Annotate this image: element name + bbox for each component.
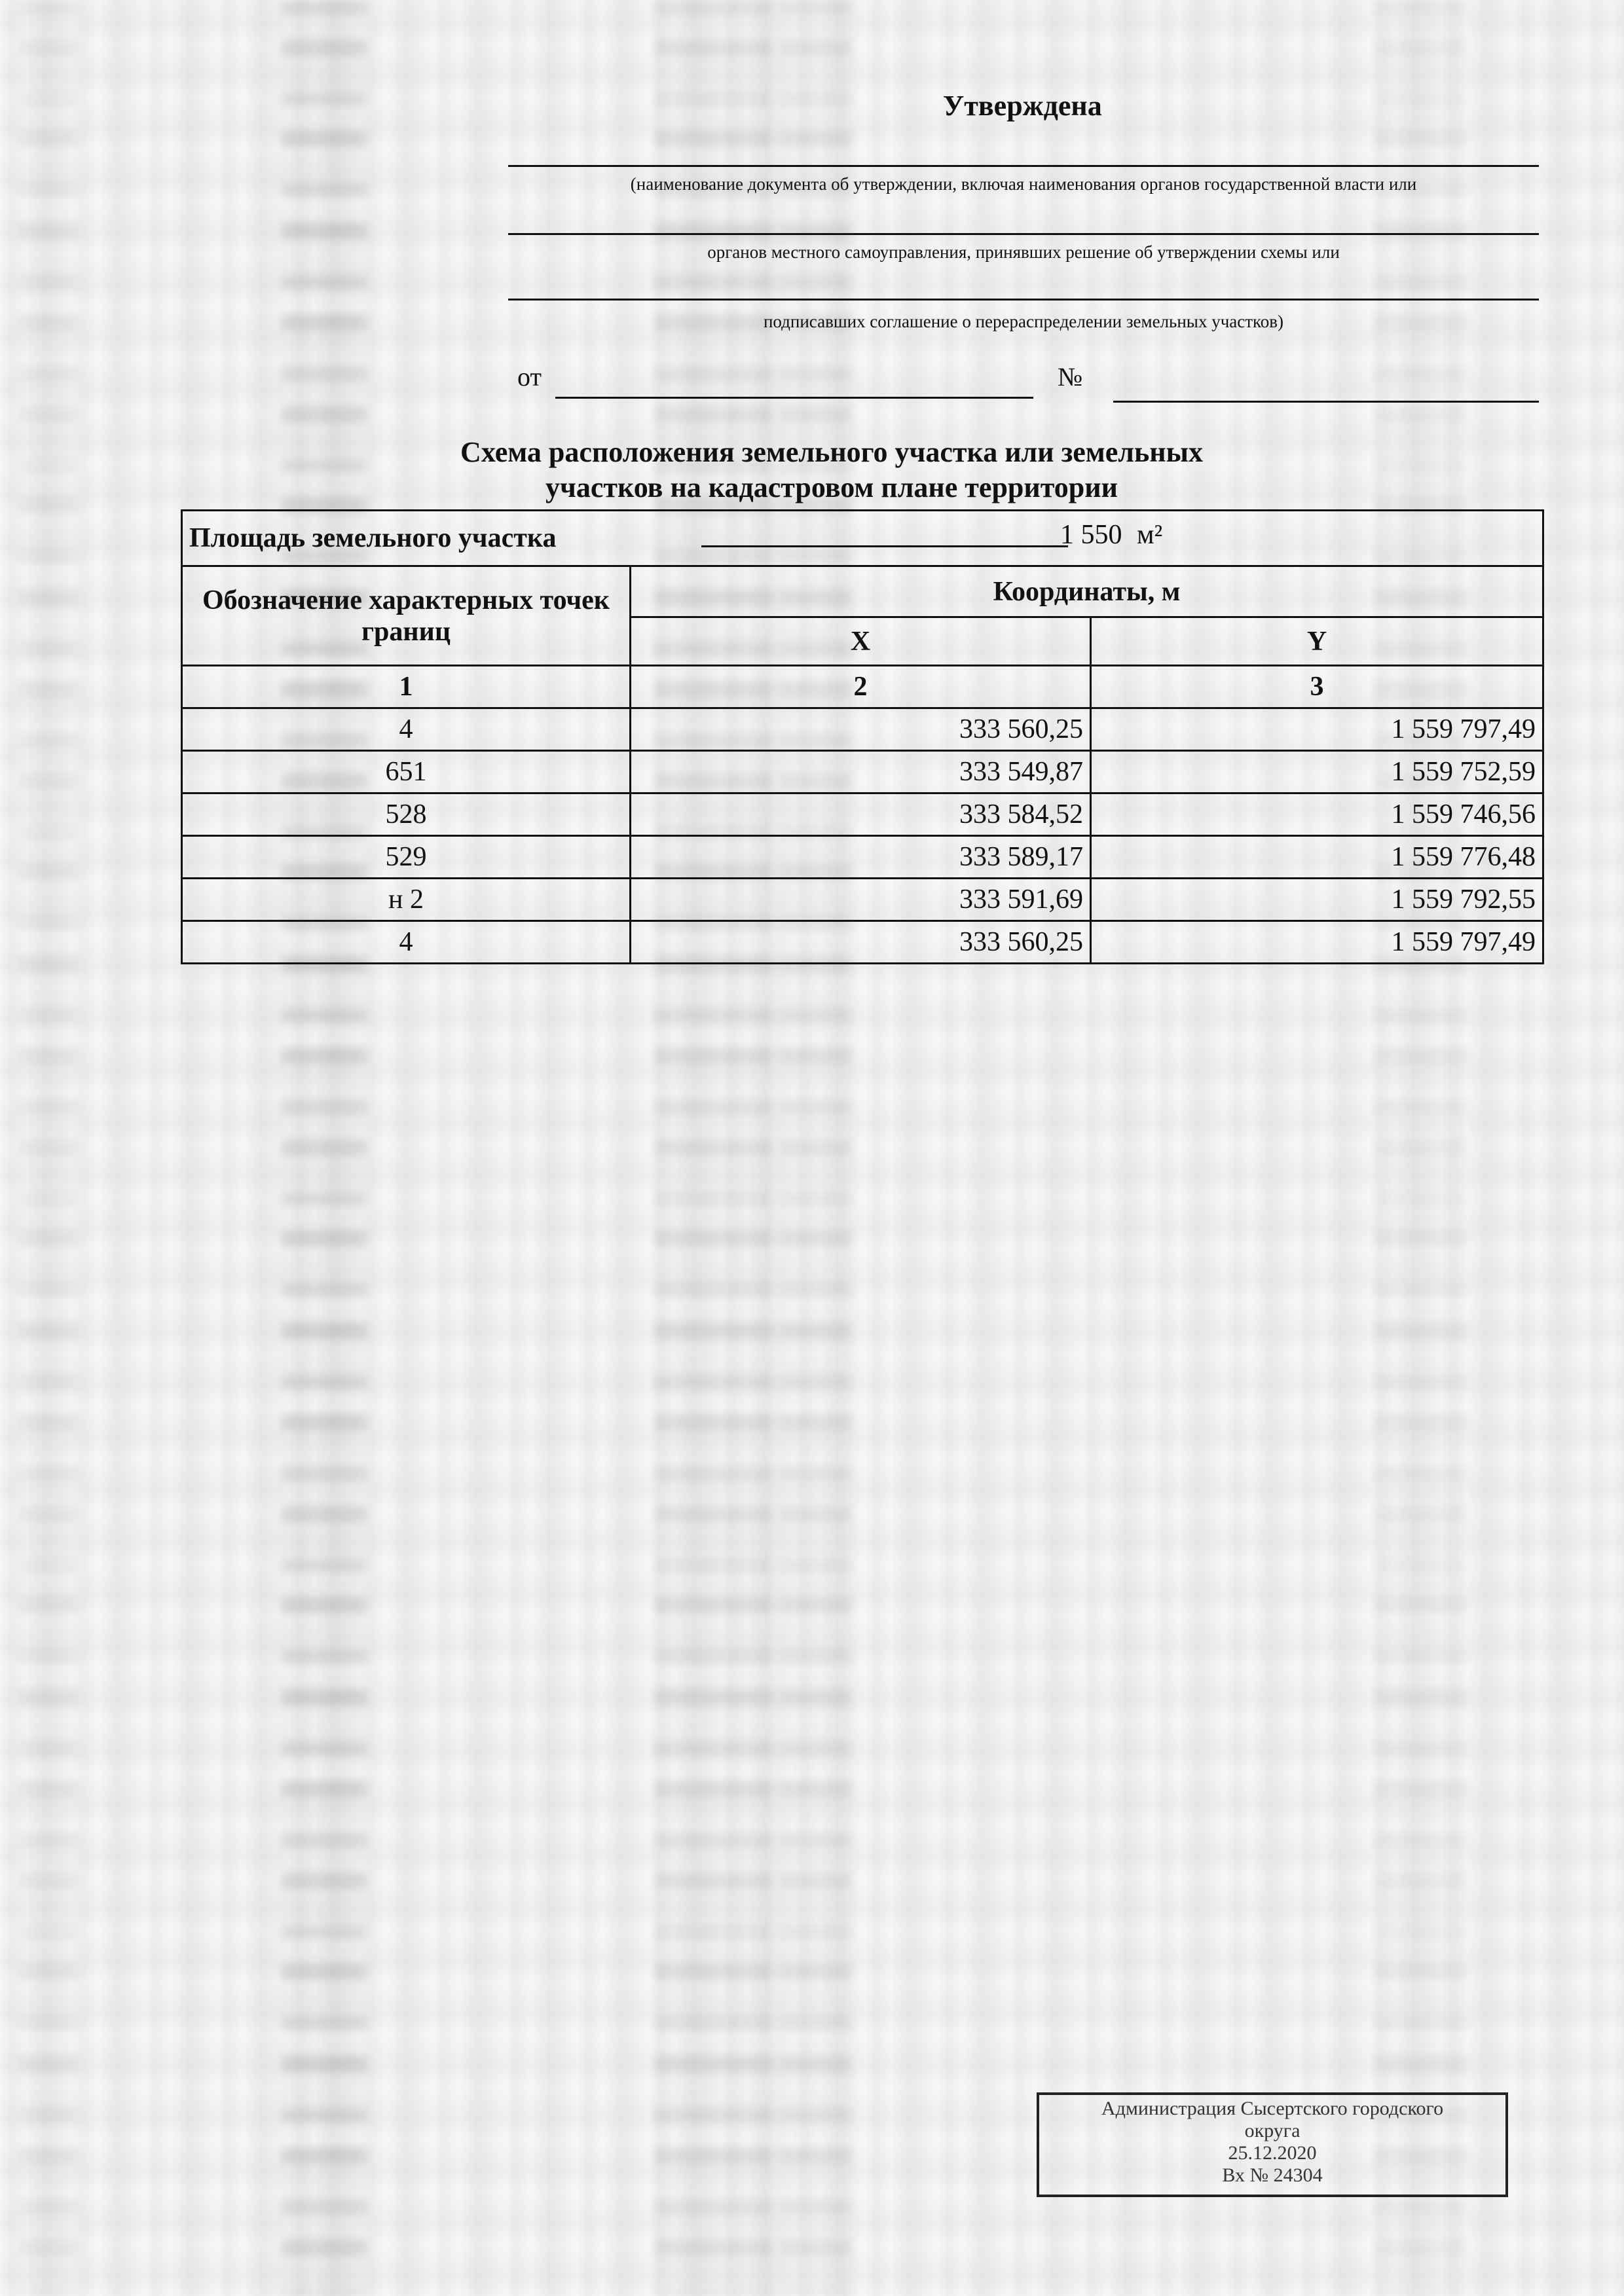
coordinates-table: Площадь земельного участка 1 550 м² Обоз…	[181, 509, 1544, 964]
coord-y: 1 559 797,49	[1091, 708, 1543, 751]
scan-streak	[655, 0, 773, 2296]
area-row: Площадь земельного участка 1 550 м²	[182, 511, 1543, 566]
scheme-title-line1: Схема расположения земельного участка ил…	[341, 435, 1323, 470]
point-id: н 2	[182, 879, 631, 921]
approval-line-3	[508, 299, 1539, 301]
date-label: от	[517, 361, 542, 392]
point-id: 4	[182, 921, 631, 964]
stamp-date: 25.12.2020	[1039, 2142, 1505, 2164]
coord-y: 1 559 792,55	[1091, 879, 1543, 921]
coord-y: 1 559 752,59	[1091, 751, 1543, 793]
scan-streak	[779, 0, 851, 2296]
scheme-title: Схема расположения земельного участка ил…	[341, 435, 1323, 505]
point-id: 528	[182, 793, 631, 836]
area-unit: м²	[1137, 520, 1162, 550]
point-id: 4	[182, 708, 631, 751]
table-row: 529 333 589,17 1 559 776,48	[182, 836, 1543, 879]
scan-streak	[20, 0, 79, 2296]
date-field-line	[555, 397, 1033, 399]
area-cell: Площадь земельного участка 1 550 м²	[182, 511, 1543, 566]
point-id: 529	[182, 836, 631, 879]
coord-y: 1 559 746,56	[1091, 793, 1543, 836]
column-number-1: 1	[182, 666, 631, 708]
coord-x: 333 589,17	[631, 836, 1091, 879]
approval-line-1	[508, 165, 1539, 167]
scan-streak	[1375, 0, 1467, 2296]
header-y: Y	[1091, 617, 1543, 666]
point-id: 651	[182, 751, 631, 793]
table-row: н 2 333 591,69 1 559 792,55	[182, 879, 1543, 921]
header-row-main: Обозначение характерных точек границ Коо…	[182, 566, 1543, 617]
approved-heading: Утверждена	[943, 89, 1102, 122]
number-field-line	[1113, 401, 1539, 403]
coord-y: 1 559 797,49	[1091, 921, 1543, 964]
coord-x: 333 549,87	[631, 751, 1091, 793]
area-label: Площадь земельного участка	[189, 519, 556, 553]
column-number-2: 2	[631, 666, 1091, 708]
coord-x: 333 560,25	[631, 921, 1091, 964]
coord-x: 333 560,25	[631, 708, 1091, 751]
scan-noise	[0, 0, 1624, 2296]
header-points: Обозначение характерных точек границ	[182, 566, 631, 666]
stamp-org-line2: округа	[1039, 2120, 1505, 2142]
column-number-3: 3	[1091, 666, 1543, 708]
approval-caption-3: подписавших соглашение о перераспределен…	[508, 312, 1539, 332]
column-number-row: 1 2 3	[182, 666, 1543, 708]
coord-y: 1 559 776,48	[1091, 836, 1543, 879]
table-row: 528 333 584,52 1 559 746,56	[182, 793, 1543, 836]
number-label: №	[1058, 361, 1082, 392]
area-value: 1 550 м²	[1060, 519, 1162, 551]
area-number: 1 550	[1060, 520, 1122, 550]
table-row: 4 333 560,25 1 559 797,49	[182, 708, 1543, 751]
header-x: X	[631, 617, 1091, 666]
coord-x: 333 584,52	[631, 793, 1091, 836]
approval-caption-2: органов местного самоуправления, принявш…	[508, 242, 1539, 263]
scheme-title-line2: участков на кадастровом плане территории	[341, 470, 1323, 505]
incoming-stamp: Администрация Сысертского городского окр…	[1037, 2092, 1508, 2197]
header-coordinates: Координаты, м	[631, 566, 1543, 617]
approval-caption-1: (наименование документа об утверждении, …	[508, 174, 1539, 194]
table-row: 4 333 560,25 1 559 797,49	[182, 921, 1543, 964]
stamp-incoming-number: Вх № 24304	[1039, 2164, 1505, 2187]
stamp-org-line1: Администрация Сысертского городского	[1039, 2098, 1505, 2120]
area-underline	[701, 545, 1068, 547]
approval-line-2	[508, 233, 1539, 235]
coord-x: 333 591,69	[631, 879, 1091, 921]
table-row: 651 333 549,87 1 559 752,59	[182, 751, 1543, 793]
scan-streak	[282, 0, 367, 2296]
